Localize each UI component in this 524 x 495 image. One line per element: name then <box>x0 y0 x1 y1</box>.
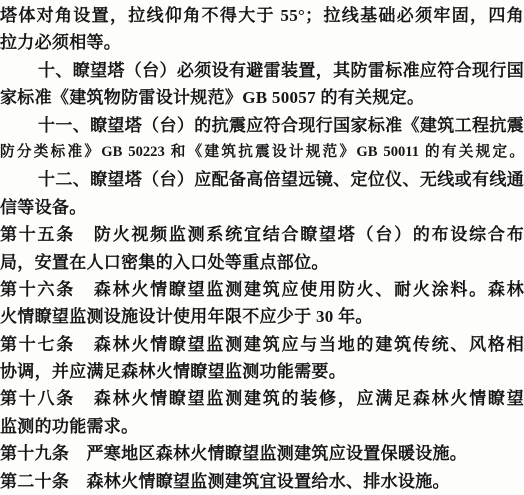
text-line: 信等设备。 <box>0 194 524 221</box>
text-line: 第二十条 森林火情瞭望监测建筑宜设置给水、排水设施。 <box>0 468 524 495</box>
text-line: 火情瞭望监测设施设计使用年限不应少于 30 年。 <box>0 303 524 330</box>
text-line: 第十六条 森林火情瞭望监测建筑应使用防火、耐火涂料。森林 <box>0 276 524 303</box>
text-line: 拉力必须相等。 <box>0 29 524 56</box>
text-line: 塔体对角设置，拉线仰角不得大于 55°；拉线基础必须牢固，四角 <box>0 2 524 29</box>
text-line: 家标准《建筑物防雷设计规范》GB 50057 的有关规定。 <box>0 84 524 111</box>
text-line: 十、瞭望塔（台）必须设有避雷装置，其防雷标准应符合现行国 <box>0 57 524 84</box>
text-line: 第十五条 防火视频监测系统宜结合瞭望塔（台）的布设综合布 <box>0 221 524 248</box>
text-line: 第十八条 森林火情瞭望监测建筑的装修，应满足森林火情瞭望 <box>0 385 524 412</box>
text-line: 十一、瞭望塔（台）的抗震应符合现行国家标准《建筑工程抗震设 <box>0 112 524 139</box>
text-line: 第十七条 森林火情瞭望监测建筑应与当地的建筑传统、风格相 <box>0 331 524 358</box>
text-line: 十二、瞭望塔（台）应配备高倍望远镜、定位仪、无线或有线通 <box>0 166 524 193</box>
text-line: 第十九条 严寒地区森林火情瞭望监测建筑应设置保暖设施。 <box>0 440 524 467</box>
scanned-document-page: 塔体对角设置，拉线仰角不得大于 55°；拉线基础必须牢固，四角 拉力必须相等。 … <box>0 0 524 495</box>
text-line: 监测的功能需求。 <box>0 413 524 440</box>
text-line: 防分类标准》GB 50223 和《建筑抗震设计规范》GB 50011 的有关规定… <box>0 139 524 166</box>
text-line: 局，安置在人口密集的入口处等重点部位。 <box>0 249 524 276</box>
text-line: 协调，并应满足森林火情瞭望监测功能需要。 <box>0 358 524 385</box>
